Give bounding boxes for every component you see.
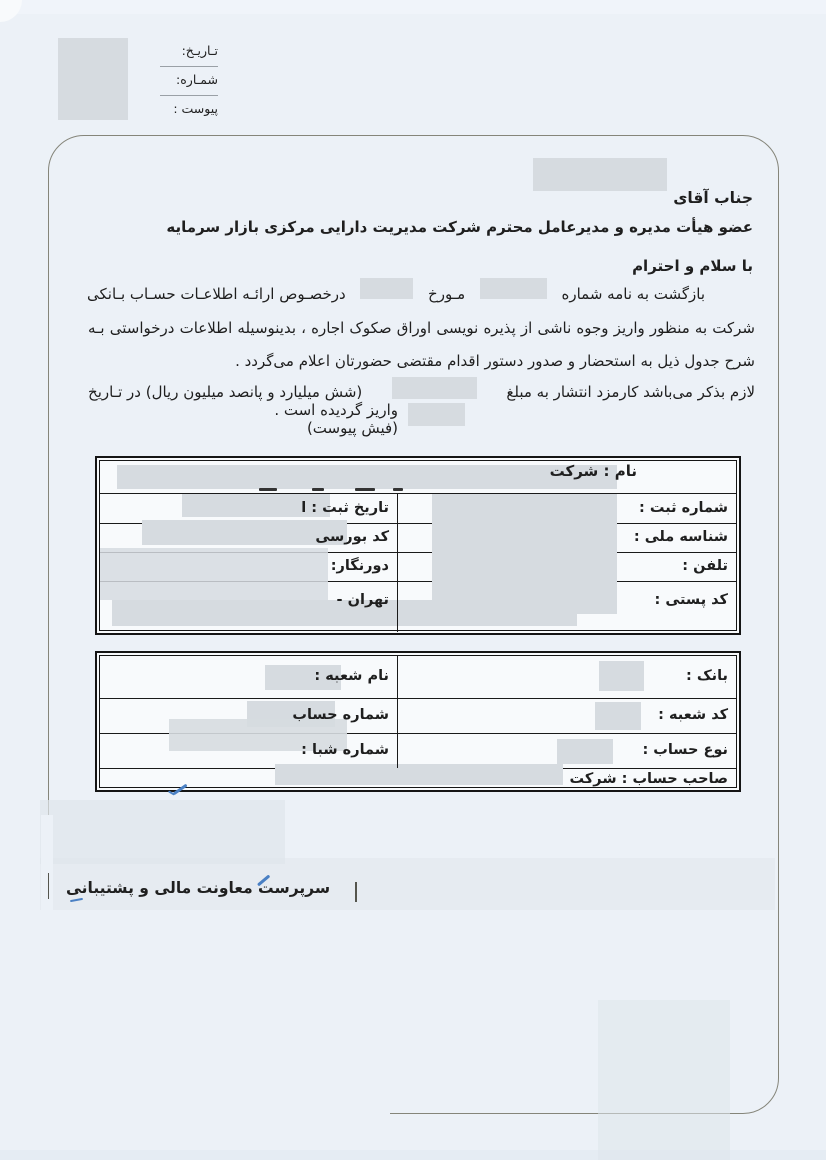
letterhead-date-label: تـاریـخ: [160, 38, 218, 67]
text-remnant-dash [312, 488, 324, 491]
letterhead: تـاریـخ: شمـاره: پیوست : [160, 38, 218, 124]
iban-label: شماره شبا : [100, 734, 397, 768]
company-info-table: شماره ثبت : تاریخ ثبت : ا شناسه ملی : کد… [95, 456, 741, 635]
body-line-1a: بازگشت به نامه شماره [562, 285, 706, 303]
address-label: تهران - [100, 582, 397, 632]
body-line-1c: درخصـوص ارائـه اطلاعـات حسـاب بـانکی [87, 285, 346, 303]
fax-label: دورنگار: [100, 553, 397, 581]
border-fragment-left [48, 873, 50, 899]
table-row-account-owner: صاحب حساب : شرکت [100, 768, 736, 792]
exchange-code-label: کد بورسی [100, 524, 397, 552]
letterhead-attachment-label: پیوست : [160, 96, 218, 124]
body-line-1: بازگشت به نامه شماره مـورخ درخصـوص ارائـ… [87, 283, 705, 304]
text-remnant-dash [355, 488, 375, 491]
body-line-5: واریز گردیده است . (فیش پیوست) [265, 401, 465, 437]
national-id-label: شناسه ملی : [397, 524, 736, 552]
registration-date-label: تاریخ ثبت : ا [100, 494, 397, 523]
bottom-right-wash [598, 1000, 730, 1160]
border-fade-bottom [52, 1100, 390, 1116]
greeting: با سلام و احترام [632, 254, 753, 278]
body-line-4: لازم بذکر می‌باشد کارمزد انتشار به مبلغ … [88, 381, 755, 403]
table-row: تلفن : دورنگار: [100, 552, 736, 581]
branch-code-label: کد شعبه : [397, 699, 736, 733]
postal-code-label: کد پستی : [397, 582, 736, 632]
table-row: کد پستی : تهران - [100, 581, 736, 632]
page-top-strip [0, 0, 826, 14]
table-row: کد شعبه : شماره حساب [100, 698, 736, 733]
redaction-box-company-name [117, 465, 617, 489]
body-line-4a: لازم بذکر می‌باشد کارمزد انتشار به مبلغ [506, 383, 755, 401]
phone-label: تلفن : [397, 553, 736, 581]
signature-title: سرپرست معاونت مالی و پشتیبانی [66, 876, 330, 900]
text-remnant-dash [393, 488, 403, 491]
registration-number-label: شماره ثبت : [397, 494, 736, 523]
letterhead-number-label: شمـاره: [160, 67, 218, 96]
body-line-4b: (شش میلیارد و پانصد میلیون ریال) در تـار… [88, 383, 362, 401]
account-type-label: نوع حساب : [397, 734, 736, 768]
mark-right-of-signature [355, 882, 357, 902]
table-row: نوع حساب : شماره شبا : [100, 733, 736, 768]
redaction-box-deposit-date [408, 403, 465, 426]
text-remnant-dash [259, 488, 277, 491]
page-corner-artifact [0, 0, 22, 22]
redaction-box-letter-date [360, 278, 413, 299]
body-line-1b: مـورخ [428, 285, 465, 303]
redaction-box-letter-number [480, 278, 547, 299]
account-owner-label: صاحب حساب : شرکت [100, 769, 736, 792]
body-line-5-text: واریز گردیده است . (فیش پیوست) [265, 401, 398, 437]
salutation: جناب آقای [673, 186, 753, 210]
account-number-label: شماره حساب [100, 699, 397, 733]
table-row: شماره ثبت : تاریخ ثبت : ا [100, 494, 736, 523]
bank-info-table: بانک : نام شعبه : کد شعبه : شماره حساب ن… [95, 651, 741, 792]
redaction-box-recipient-name [533, 158, 667, 191]
bank-label: بانک : [397, 656, 736, 698]
company-name-label: نام : شرکت [550, 462, 637, 480]
table-row: شناسه ملی : کد بورسی [100, 523, 736, 552]
body-line-3: شرح جدول ذیل به استحضار و صدور دستور اقد… [235, 349, 755, 373]
stamp-wash [40, 800, 285, 864]
table-row: بانک : نام شعبه : [100, 656, 736, 698]
redaction-box-letterhead [58, 38, 128, 120]
bank-info-table-inner: بانک : نام شعبه : کد شعبه : شماره حساب ن… [99, 655, 737, 788]
scanned-letter-page: تـاریـخ: شمـاره: پیوست : جناب آقای عضو ه… [0, 0, 826, 1160]
body-line-2: شرکت به منظور واریز وجوه ناشی از پذیره ن… [88, 316, 755, 340]
branch-name-label: نام شعبه : [100, 656, 397, 698]
recipient-title: عضو هیأت مدیره و مدیرعامل محترم شرکت مدی… [166, 215, 753, 239]
redaction-box-fee-amount [392, 377, 477, 399]
